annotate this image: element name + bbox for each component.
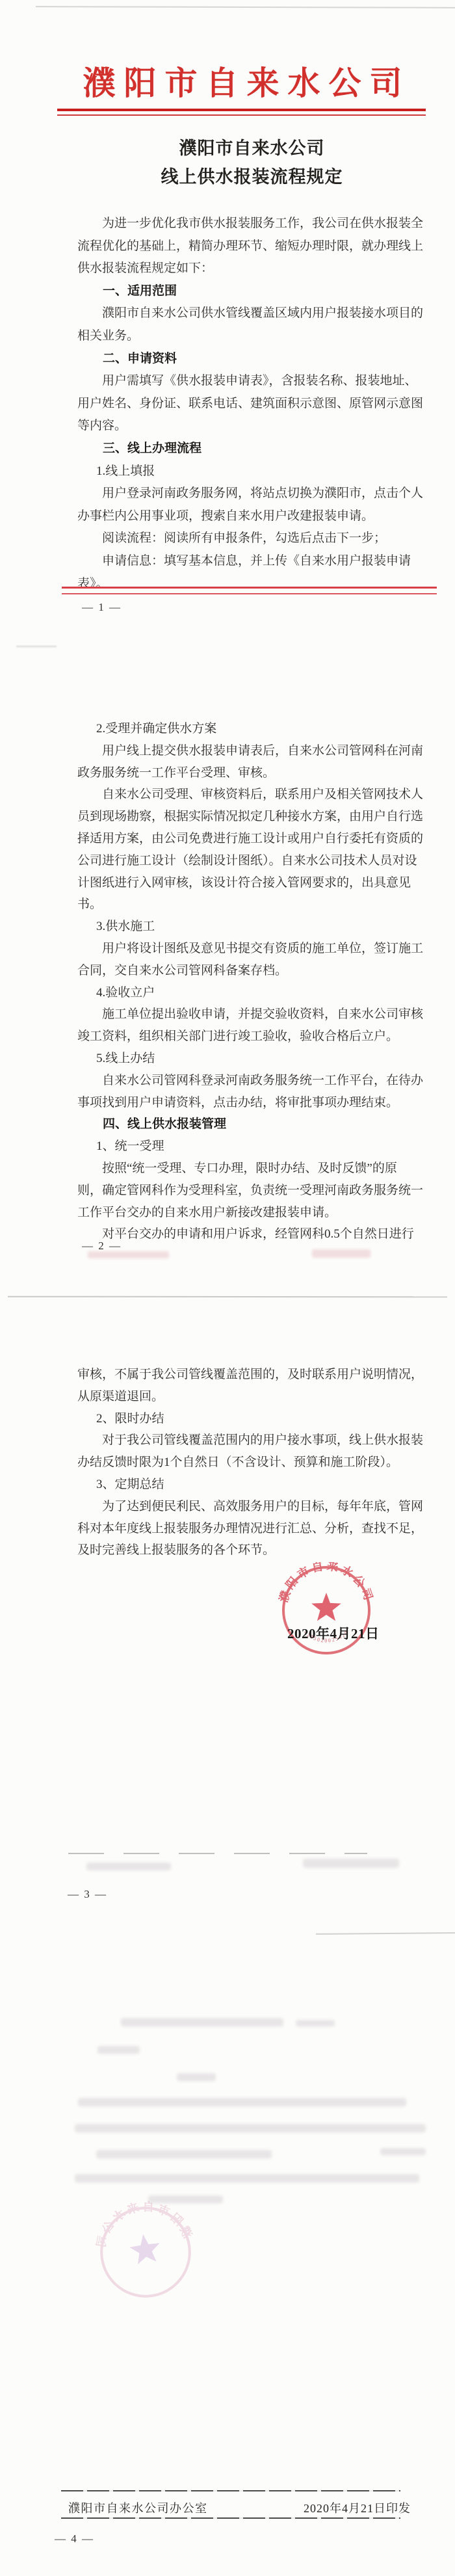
text-line: 流程优化的基础上，精简办理环节、缩短办理时限，就办理线上 <box>77 235 428 258</box>
text-line: 1、统一受理 <box>77 1135 428 1158</box>
text-line: 书。 <box>77 894 428 916</box>
text-line: 四、线上供水报装管理 <box>77 1113 428 1135</box>
text-line: 从原渠道退回。 <box>77 1386 428 1408</box>
bleed-through-artifact <box>380 2148 426 2155</box>
text-line: 2、限时办结 <box>77 1408 428 1430</box>
text-line: 1.线上填报 <box>77 460 428 483</box>
text-line: 对平台交办的申请和用户诉求，经管网科0.5个自然日进行 <box>77 1223 428 1245</box>
document-title-line1: 濮阳市自来水公司 <box>78 134 426 159</box>
text-line: 按照“统一受理、专口办理，限时办结、及时反馈”的原 <box>77 1158 428 1180</box>
colophon-issued-date: 2020年4月21日印发 <box>304 2499 411 2516</box>
scan-scratch-line <box>68 1853 367 1854</box>
page-number-2: — 2 — <box>82 1240 122 1253</box>
bleed-through-artifact <box>96 2150 272 2158</box>
seal-star-icon <box>311 1593 341 1621</box>
scanned-document: 濮阳市自来水公司 濮阳市自来水公司 线上供水报装流程规定 为进一步优化我市供水报… <box>0 0 455 2576</box>
text-line: 事项找到用户申请资料，点击办结，将审批事项办理结束。 <box>77 1092 428 1114</box>
scan-edge-line <box>36 6 455 8</box>
text-line: 3、定期总结 <box>77 1474 428 1496</box>
colophon-rule-bottom <box>61 2517 400 2519</box>
text-line: 用户将设计图纸及意见书提交有资质的施工单位，签订施工 <box>77 938 428 960</box>
text-line: 二、申请资料 <box>77 348 428 371</box>
text-line: 公司进行施工设计（绘制设计图纸）。自来水公司技术人员对设 <box>77 850 428 872</box>
bleed-through-artifact <box>296 2020 335 2026</box>
text-line: 用户登录河南政务服务网，将站点切换为濮阳市，点击个人 <box>77 483 428 505</box>
text-line: 竣工资料，组织相关部门进行竣工验收，验收合格后立户。 <box>77 1026 428 1048</box>
text-line: 及时完善线上报装服务的各个环节。 <box>77 1539 428 1561</box>
bleed-through-artifact <box>303 1859 399 1868</box>
bleed-through-artifact <box>75 2174 419 2183</box>
text-line: 审核，不属于我公司管线覆盖范围的，及时联系用户说明情况， <box>77 1364 428 1386</box>
bleed-through-artifact <box>86 1863 171 1870</box>
text-line: 3.供水施工 <box>77 916 428 938</box>
text-line: 2.受理并确定供水方案 <box>77 718 428 740</box>
page-number-1: — 1 — <box>82 601 122 614</box>
text-line: 对于我公司管线覆盖范围内的用户接水事项，线上供水报装 <box>77 1429 428 1452</box>
text-line: 申请信息：填写基本信息，并上传《自来水用户报装申请 <box>77 550 428 573</box>
document-title-line2: 线上供水报装流程规定 <box>78 163 426 188</box>
text-line: 为了达到便民利民、高效服务用户的目标，每年年底，管网 <box>77 1496 428 1518</box>
bleed-through-artifact <box>121 2018 283 2026</box>
text-line: 用户姓名、身份证、联系电话、建筑面积示意图、原管网示意图 <box>77 393 428 416</box>
text-line: 供水报装流程规定如下： <box>77 258 428 280</box>
page2-body-text: 2.受理并确定供水方案用户线上提交供水报装申请表后，自来水公司管网科在河南政务服… <box>77 718 428 1245</box>
page3-body-text: 审核，不属于我公司管线覆盖范围的，及时联系用户说明情况，从原渠道退回。2、限时办… <box>77 1364 428 1561</box>
text-line: 合同，交自来水公司管网科备案存档。 <box>77 960 428 982</box>
letterhead-double-rule <box>57 109 426 116</box>
text-line: 用户需填写《供水报装申请表》，含报装名称、报装地址、 <box>77 370 428 393</box>
text-line: 施工单位提出验收申请，并提交验收资料，自来水公司审核 <box>77 1003 428 1026</box>
text-line: 政务服务统一工作平台受理、审核。 <box>77 762 428 784</box>
text-line: 一、适用范围 <box>77 280 428 303</box>
issue-date: 2020年4月21日 <box>287 1623 380 1643</box>
letterhead-title: 濮阳市自来水公司 <box>57 57 428 104</box>
bleed-through-artifact <box>177 2073 216 2081</box>
page-seam-line <box>316 1932 455 1935</box>
page1-footer-red-rule <box>62 587 437 594</box>
text-line: 则，确定管网科作为受理科室，负责统一受理河南政务服务统一 <box>77 1180 428 1202</box>
bleed-through-artifact <box>78 2098 406 2106</box>
bleed-through-artifact <box>312 1249 370 1258</box>
text-line: 5.线上办结 <box>77 1048 428 1070</box>
text-line: 办事栏内公用事业项，搜索自来水用户改建报装申请。 <box>77 505 428 528</box>
text-line: 择适用方案，由公司免费进行施工设计或用户自行委托有资质的 <box>77 828 428 850</box>
colophon-office: 濮阳市自来水公司办公室 <box>68 2499 208 2516</box>
bleed-through-artifact <box>97 2046 140 2054</box>
text-line: 为进一步优化我市供水报装服务工作，我公司在供水报装全 <box>77 213 428 235</box>
text-line: 4.验收立户 <box>77 982 428 1004</box>
scan-smudge <box>16 646 57 647</box>
text-line: 阅读流程：阅读所有申报条件，勾选后点击下一步； <box>77 527 428 550</box>
text-line: 自来水公司受理、审核资料后，联系用户及相关管网技术人 <box>77 784 428 806</box>
text-line: 科对本年度线上报装服务办理情况进行汇总、分析，查找不足， <box>77 1518 428 1540</box>
colophon-rule-top <box>61 2490 400 2491</box>
text-line: 工作平台交办的自来水用户新接改建报装申请。 <box>77 1202 428 1224</box>
bleed-through-artifact <box>75 2124 426 2132</box>
page1-body-text: 为进一步优化我市供水报装服务工作，我公司在供水报装全流程优化的基础上，精简办理环… <box>77 213 428 595</box>
text-line: 用户线上提交供水报装申请表后，自来水公司管网科在河南 <box>77 740 428 762</box>
text-line: 等内容。 <box>77 415 428 438</box>
text-line: 办结反馈时限为1个自然日（不含设计、预算和施工阶段）。 <box>77 1452 428 1474</box>
text-line: 相关业务。 <box>77 325 428 348</box>
text-line: 计图纸进行入网审核，该设计符合接入管网要求的，出具意见 <box>77 872 428 894</box>
page-seam-line <box>8 1296 447 1298</box>
bleed-through-seal: 濮阳市自来水公司 <box>90 2194 202 2310</box>
text-line: 三、线上办理流程 <box>77 438 428 460</box>
company-seal-stamp: 濮阳市自来水公司 4105020025420 <box>278 1562 374 1658</box>
page-number-4: — 4 — <box>55 2532 94 2545</box>
text-line: 濮阳市自来水公司供水管线覆盖区域内用户报装接水项目的 <box>77 302 428 325</box>
page-number-3: — 3 — <box>68 1888 107 1901</box>
text-line: 自来水公司管网科登录河南政务服务统一工作平台，在待办 <box>77 1070 428 1092</box>
text-line: 员到现场勘察，根据实际情况拟定几种接水方案，由用户自行选 <box>77 806 428 828</box>
